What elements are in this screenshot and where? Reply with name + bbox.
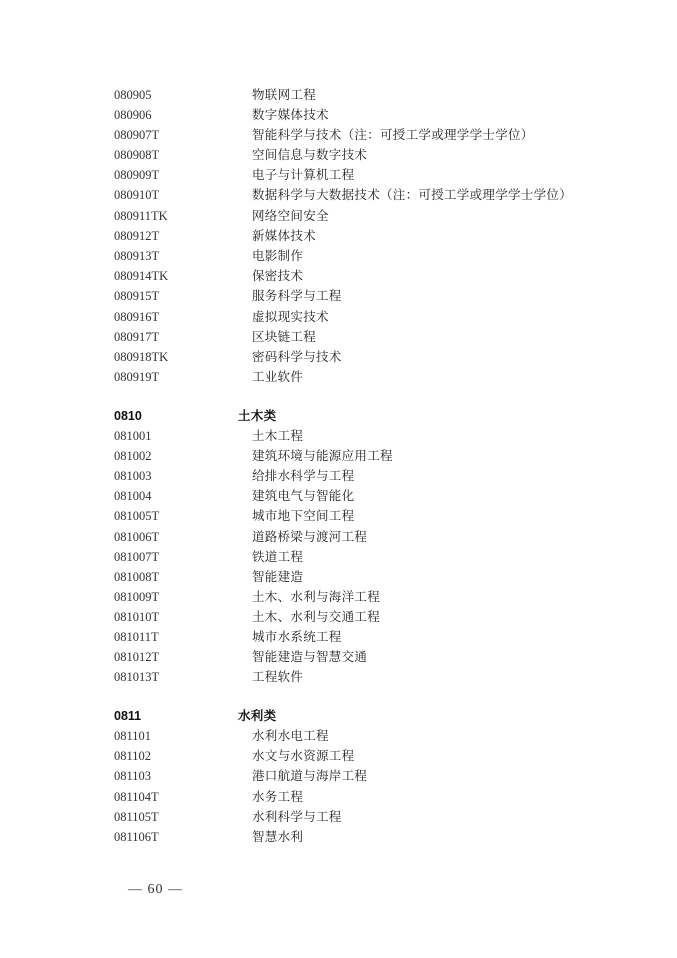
major-code: 081101 <box>114 726 151 746</box>
major-code: 080911TK <box>114 206 168 226</box>
major-code: 081002 <box>114 446 152 466</box>
major-code: 080905 <box>114 85 152 105</box>
major-name: 土木、水利与交通工程 <box>252 607 380 627</box>
major-code: 081008T <box>114 567 159 587</box>
category-name: 水利类 <box>238 706 276 726</box>
major-code: 081105T <box>114 807 159 827</box>
page-number: — 60 — <box>128 882 183 898</box>
major-code: 080916T <box>114 307 159 327</box>
major-name: 土木、水利与海洋工程 <box>252 587 380 607</box>
major-code: 080915T <box>114 286 159 306</box>
major-code: 081003 <box>114 466 152 486</box>
major-code: 081005T <box>114 506 159 526</box>
major-name: 工业软件 <box>252 367 303 387</box>
major-name: 电影制作 <box>252 246 303 266</box>
major-name: 物联网工程 <box>252 85 316 105</box>
major-name: 给排水科学与工程 <box>252 466 354 486</box>
category-code: 0810 <box>114 406 142 426</box>
major-name: 智能建造与智慧交通 <box>252 647 367 667</box>
major-code: 080918TK <box>114 347 168 367</box>
major-name: 网络空间安全 <box>252 206 329 226</box>
major-code: 081011T <box>114 627 159 647</box>
major-name: 区块链工程 <box>252 327 316 347</box>
major-name: 服务科学与工程 <box>252 286 342 306</box>
major-code: 081001 <box>114 426 152 446</box>
major-code: 080914TK <box>114 266 168 286</box>
major-name: 港口航道与海岸工程 <box>252 766 367 786</box>
major-name: 建筑环境与能源应用工程 <box>252 446 393 466</box>
major-code: 081102 <box>114 746 151 766</box>
major-name: 道路桥梁与渡河工程 <box>252 527 367 547</box>
major-code: 081106T <box>114 827 159 847</box>
major-name: 新媒体技术 <box>252 226 316 246</box>
major-code: 080917T <box>114 327 159 347</box>
major-name: 智能建造 <box>252 567 303 587</box>
major-code: 081104T <box>114 787 159 807</box>
major-name: 水务工程 <box>252 787 303 807</box>
major-name: 电子与计算机工程 <box>252 165 354 185</box>
document-page: 080905物联网工程 080906数字媒体技术 080907T智能科学与技术（… <box>0 0 677 958</box>
category-name: 土木类 <box>238 406 276 426</box>
major-name: 城市水系统工程 <box>252 627 342 647</box>
major-code: 080906 <box>114 105 152 125</box>
major-code: 080907T <box>114 125 159 145</box>
major-code: 081012T <box>114 647 159 667</box>
major-name: 虚拟现实技术 <box>252 307 329 327</box>
major-name: 智能科学与技术（注：可授工学或理学学士学位） <box>252 125 534 145</box>
major-code: 081010T <box>114 607 159 627</box>
major-name: 密码科学与技术 <box>252 347 342 367</box>
major-code: 081007T <box>114 547 159 567</box>
category-code: 0811 <box>114 706 141 726</box>
major-name: 城市地下空间工程 <box>252 506 354 526</box>
major-code: 080919T <box>114 367 159 387</box>
major-name: 铁道工程 <box>252 547 303 567</box>
major-code: 080909T <box>114 165 159 185</box>
major-name: 数字媒体技术 <box>252 105 329 125</box>
major-name: 智慧水利 <box>252 827 303 847</box>
major-name: 土木工程 <box>252 426 303 446</box>
major-code: 080912T <box>114 226 159 246</box>
major-code: 080913T <box>114 246 159 266</box>
major-code: 081006T <box>114 527 159 547</box>
major-code: 081004 <box>114 486 152 506</box>
major-code: 081013T <box>114 667 159 687</box>
major-name: 水文与水资源工程 <box>252 746 354 766</box>
major-name: 工程软件 <box>252 667 303 687</box>
major-code: 080908T <box>114 145 159 165</box>
major-code: 081009T <box>114 587 159 607</box>
major-name: 数据科学与大数据技术（注：可授工学或理学学士学位） <box>252 185 572 205</box>
major-name: 水利科学与工程 <box>252 807 342 827</box>
major-name: 保密技术 <box>252 266 303 286</box>
major-name: 建筑电气与智能化 <box>252 486 354 506</box>
major-name: 空间信息与数字技术 <box>252 145 367 165</box>
major-code: 080910T <box>114 185 159 205</box>
major-name: 水利水电工程 <box>252 726 329 746</box>
major-code: 081103 <box>114 766 151 786</box>
